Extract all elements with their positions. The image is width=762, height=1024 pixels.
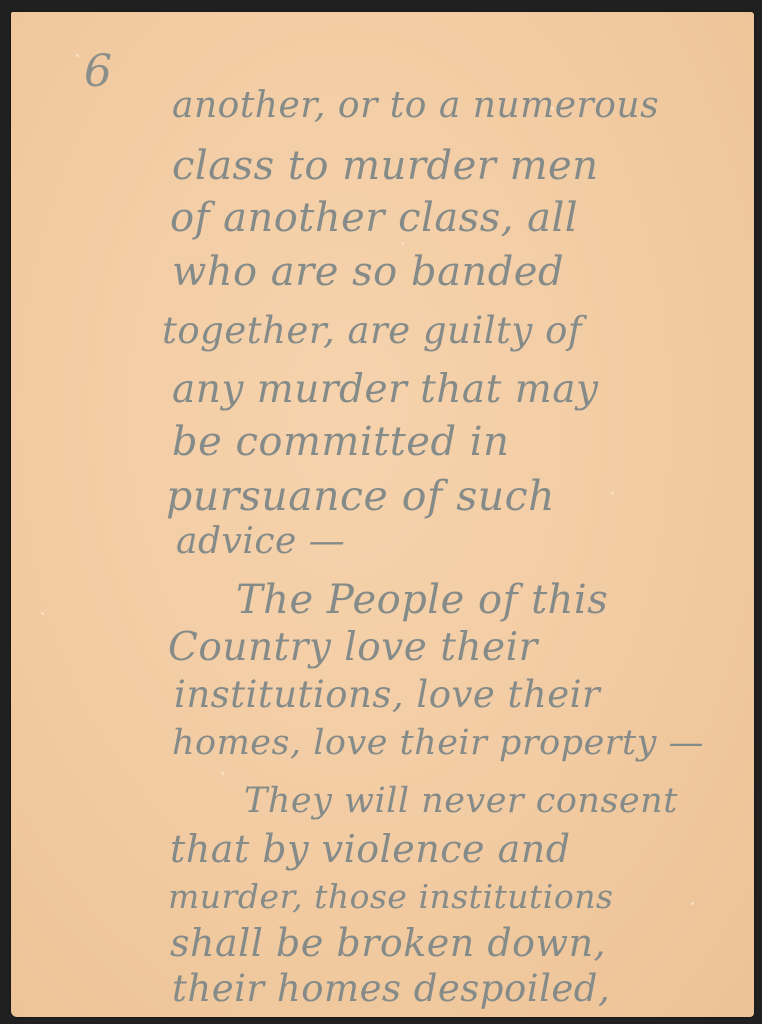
text-line-6: any murder that may <box>172 370 599 409</box>
paper-speck <box>76 54 79 57</box>
paper-speck <box>401 242 404 245</box>
text-line-14: They will never consent <box>244 784 678 819</box>
paper-speck <box>611 492 614 495</box>
text-line-11: Country love their <box>168 628 538 667</box>
text-line-12: institutions, love their <box>174 676 600 713</box>
paper-speck <box>691 902 694 905</box>
text-line-13: homes, love their property — <box>172 726 704 761</box>
text-line-8: pursuance of such <box>166 476 555 517</box>
text-line-15: that by violence and <box>170 830 571 868</box>
text-line-16: murder, those institutions <box>168 880 613 913</box>
text-line-7: be committed in <box>172 422 509 462</box>
text-line-10: The People of this <box>236 580 608 620</box>
text-line-3: of another class, all <box>170 198 578 238</box>
text-line-18: their homes despoiled, <box>172 970 610 1007</box>
text-line-2: class to murder men <box>172 146 598 186</box>
text-line-17: shall be broken down, <box>170 924 606 962</box>
text-line-1: another, or to a numerous <box>172 88 659 124</box>
text-line-4: who are so banded <box>172 252 564 292</box>
page-number: 6 <box>84 50 112 94</box>
text-line-9: advice — <box>176 524 345 560</box>
paper-speck <box>41 612 44 615</box>
paper-speck <box>221 772 224 775</box>
text-line-5: together, are guilty of <box>162 312 582 349</box>
